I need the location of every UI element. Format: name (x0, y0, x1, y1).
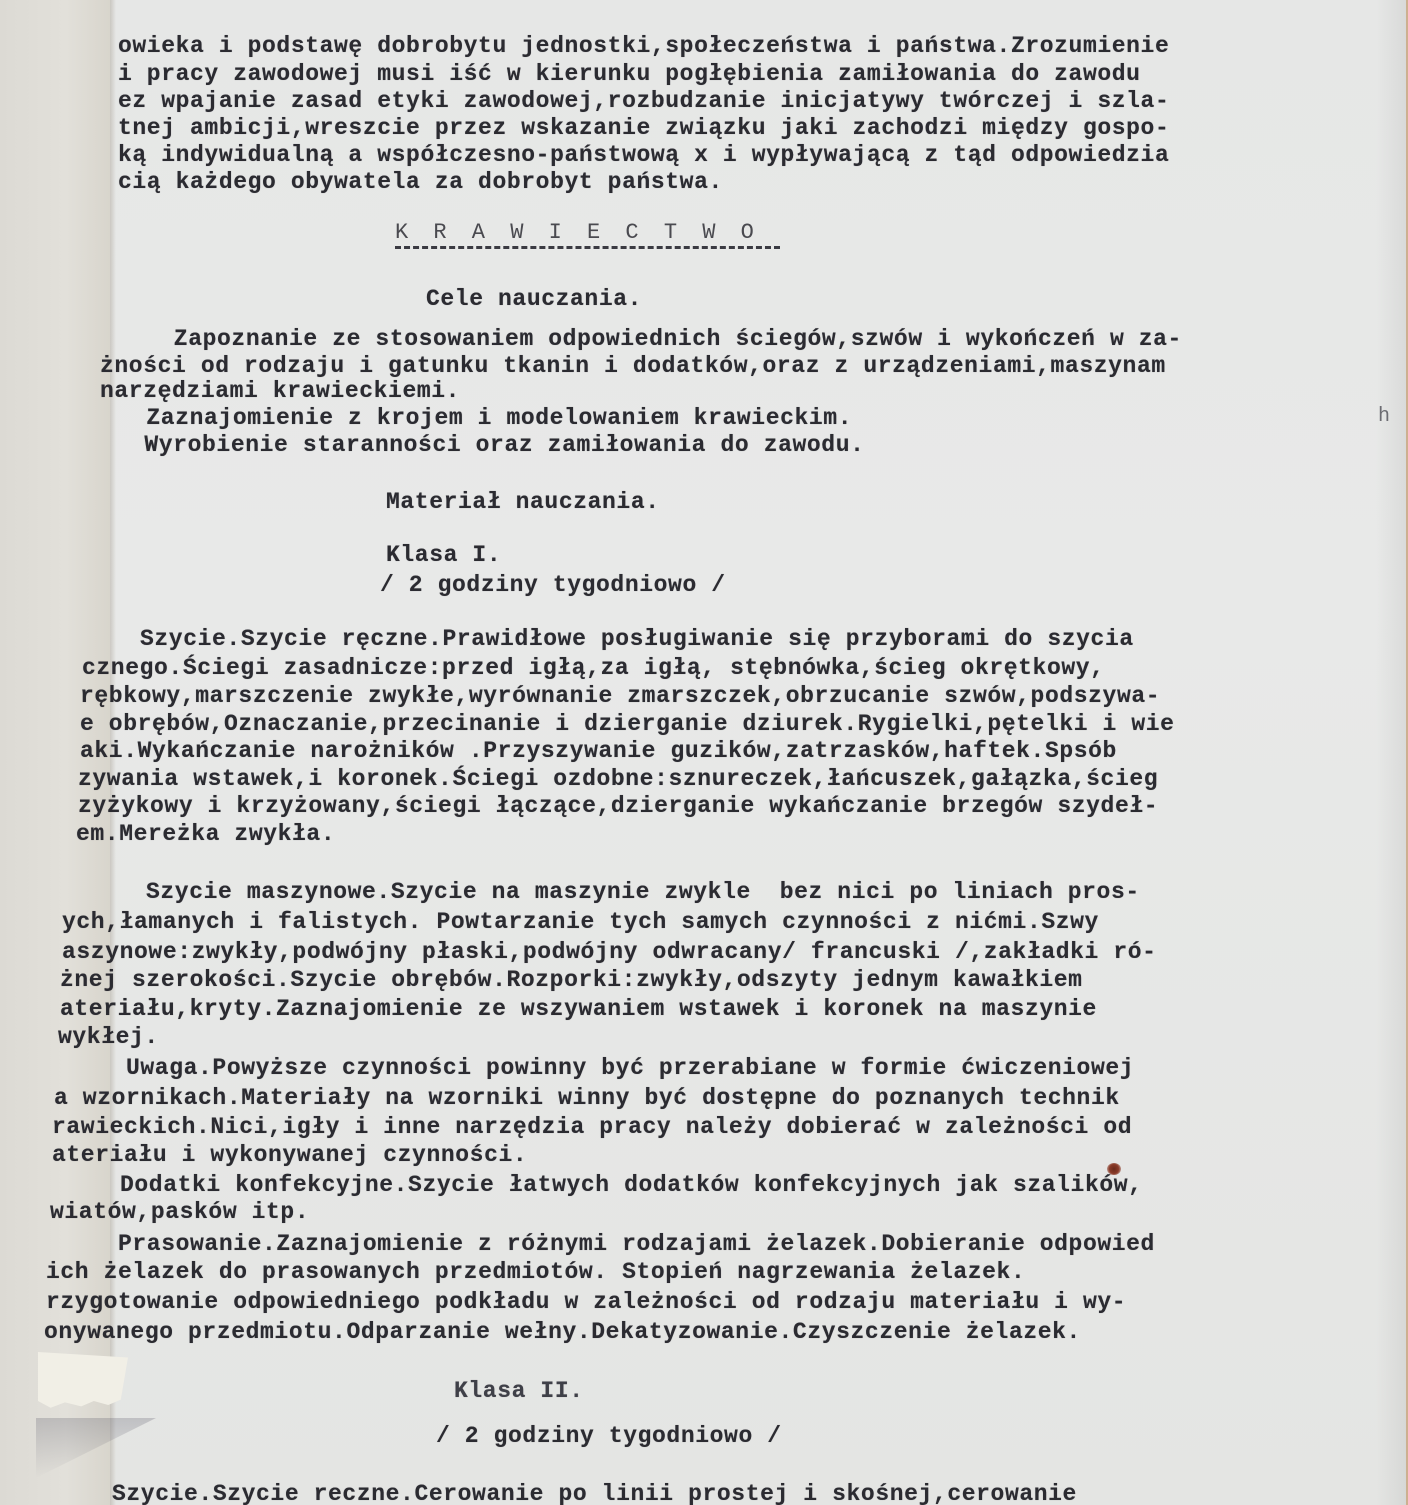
goals-line: Wyrobienie staranności oraz zamiłowania … (130, 431, 865, 459)
note-line: a wzornikach.Materiały na wzorniki winny… (54, 1084, 1120, 1112)
goals-line: Zaznajomienie z krojem i modelowaniem kr… (132, 404, 852, 432)
hand-sewing-line: zyżykowy i krzyżowany,ściegi łączące,dzi… (78, 792, 1158, 820)
intro-line: owieka i podstawę dobrobytu jednostki,sp… (118, 32, 1169, 60)
accessories-line: wiatów,pasków itp. (50, 1198, 309, 1226)
intro-line: cią każdego obywatela za dobrobyt państw… (118, 168, 723, 196)
note-line: Uwaga.Powyższe czynności powinny być prz… (126, 1054, 1134, 1082)
ironing-line: onywanego przedmiotu.Odparzanie wełny.De… (44, 1318, 1081, 1346)
material-heading: Materiał nauczania. (386, 488, 660, 516)
margin-mark: h (1378, 405, 1391, 428)
machine-sewing-line: żnej szerokości.Szycie obrębów.Rozporki:… (60, 966, 1083, 994)
machine-sewing-line: ych,łamanych i falistych. Powtarzanie ty… (62, 908, 1099, 936)
accessories-line: Dodatki konfekcyjne.Szycie łatwych dodat… (120, 1171, 1143, 1199)
goals-heading: Cele nauczania. (426, 285, 642, 313)
hand-sewing-line: e obrębów,Oznaczanie,przecinanie i dzier… (80, 710, 1175, 738)
goals-line: żności od rodzaju i gatunku tkanin i dod… (100, 352, 1166, 380)
machine-sewing-line: Szycie maszynowe.Szycie na maszynie zwyk… (146, 878, 1140, 906)
hand-sewing-line: cznego.Ściegi zasadnicze:przed igłą,za i… (82, 654, 1105, 682)
machine-sewing-line: aszynowe:zwykły,podwójny płaski,podwójny… (62, 938, 1157, 966)
intro-line: ką indywidualną a współczesno-państwową … (118, 141, 1169, 169)
goals-line: narzędziami krawieckiemi. (100, 377, 460, 405)
hand-sewing-line: zywania wstawek,i koronek.Ściegi ozdobne… (78, 765, 1158, 793)
intro-line: tnej ambicji,wreszcie przez wskazanie zw… (118, 114, 1169, 142)
note-line: ateriału i wykonywanej czynności. (52, 1141, 527, 1169)
note-line: rawieckich.Nici,igły i inne narzędzia pr… (52, 1113, 1132, 1141)
machine-sewing-line: wykłej. (58, 1023, 159, 1051)
ironing-line: rzygotowanie odpowiedniego podkładu w za… (46, 1288, 1126, 1316)
hand-sewing-line: rębkowy,marszczenie zwykłe,wyrównanie zm… (80, 682, 1160, 710)
section-title: K R A W I E C T W O (395, 220, 760, 245)
section-title-underline (395, 246, 780, 249)
goals-line: Zapoznanie ze stosowaniem odpowiednich ś… (145, 325, 1182, 353)
ironing-line: ich żelazek do prasowanych przedmiotów. … (46, 1258, 1025, 1286)
ironing-line: Prasowanie.Zaznajomienie z różnymi rodza… (118, 1230, 1155, 1258)
machine-sewing-line: ateriału,kryty.Zaznajomienie ze wszywani… (60, 995, 1097, 1023)
class-2-heading: Klasa II. (454, 1377, 584, 1405)
hand-sewing-line: aki.Wykańczanie narożników .Przyszywanie… (80, 737, 1117, 765)
hand-sewing-line: em.Mereżka zwykła. (76, 820, 335, 848)
hand-sewing-line: Szycie.Szycie ręczne.Prawidłowe posługiw… (140, 625, 1134, 653)
typewritten-text: owieka i podstawę dobrobytu jednostki,sp… (0, 0, 1408, 1505)
class-2-hours: / 2 godziny tygodniowo / (436, 1422, 782, 1450)
class-1-hours: / 2 godziny tygodniowo / (380, 571, 726, 599)
class-1-heading: Klasa I. (386, 541, 501, 569)
ink-stain (1107, 1163, 1121, 1175)
intro-line: ez wpajanie zasad etyki zawodowej,rozbud… (118, 87, 1169, 115)
intro-line: i pracy zawodowej musi iść w kierunku po… (118, 60, 1141, 88)
class-2-first-line: Szycie.Szycie reczne.Cerowanie po linii … (112, 1480, 1077, 1505)
